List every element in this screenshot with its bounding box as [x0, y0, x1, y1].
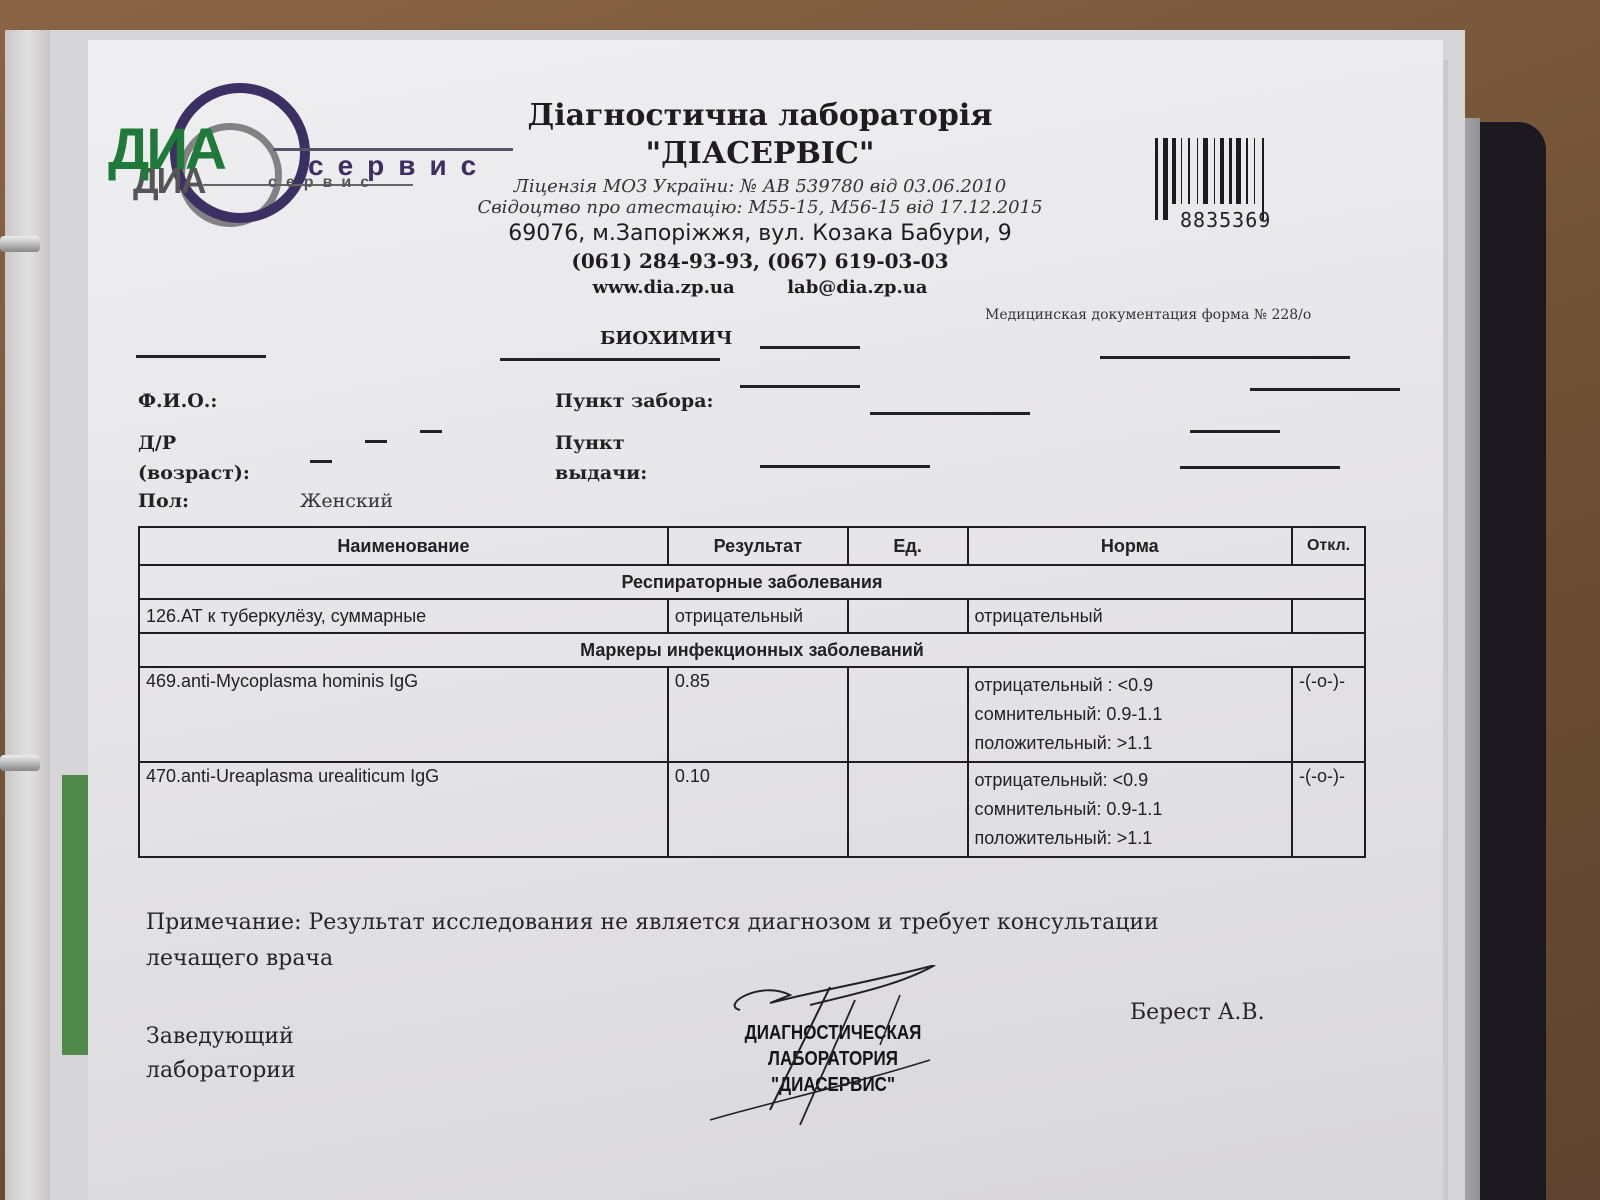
collection-point-label: Пункт забора: — [555, 390, 714, 412]
sex-value: Женский — [300, 490, 393, 512]
table-row: 126.АТ к туберкулёзу, суммарные отрицате… — [139, 599, 1365, 633]
test-name: 469.anti-Mycoplasma hominis IgG — [139, 667, 668, 762]
redaction-mark — [136, 355, 266, 358]
contact-line: www.dia.zp.ua lab@dia.zp.ua — [460, 277, 1060, 298]
redaction-mark — [500, 358, 720, 361]
redaction-mark — [760, 465, 930, 468]
group-title: Респираторные заболевания — [139, 565, 1365, 599]
age-label: (возраст): — [138, 462, 250, 484]
norm-doubtful: сомнительный: 0.9-1.1 — [975, 700, 1285, 729]
email-link[interactable]: lab@dia.zp.ua — [787, 277, 927, 298]
redaction-mark — [365, 440, 387, 443]
test-name: 470.anti-Ureaplasma urealiticum IgG — [139, 762, 668, 857]
redaction-mark — [1250, 388, 1400, 391]
logo-wordmark: ДИА — [108, 116, 224, 183]
table-row: 470.anti-Ureaplasma urealiticum IgG 0.10… — [139, 762, 1365, 857]
redaction-mark — [870, 412, 1030, 415]
document: ДИА ДИА сервис сервис Діагностична лабор… — [0, 0, 1600, 1200]
license-line: Ліцензія МОЗ України: № АВ 539780 від 03… — [460, 176, 1060, 197]
test-deviation: -(-о-)- — [1292, 667, 1365, 762]
group-row: Респираторные заболевания — [139, 565, 1365, 599]
dob-label: Д/Р — [138, 432, 176, 454]
test-name: 126.АТ к туберкулёзу, суммарные — [139, 599, 668, 633]
norm-negative: отрицательный : <0.9 — [975, 671, 1285, 700]
col-header-unit: Ед. — [848, 527, 968, 565]
issue-point-label: Пункт — [555, 432, 625, 454]
redaction-mark — [740, 385, 860, 388]
form-number: Медицинская документация форма № 228/о — [985, 307, 1311, 323]
group-row: Маркеры инфекционных заболеваний — [139, 633, 1365, 667]
redaction-mark — [1180, 466, 1340, 469]
redaction-mark — [760, 346, 860, 349]
norm-positive: положительный: >1.1 — [975, 729, 1285, 758]
lab-name: "ДІАСЕРВІС" — [460, 136, 1060, 171]
signer-role-line1: Заведующий — [146, 1020, 296, 1054]
issue-point-label-2: выдачи: — [555, 462, 647, 484]
report-title: БИОХИМИЧ — [600, 328, 732, 349]
col-header-name: Наименование — [139, 527, 668, 565]
norm-positive: положительный: >1.1 — [975, 824, 1285, 853]
redaction-mark — [1100, 356, 1350, 359]
table-row: 469.anti-Mycoplasma hominis IgG 0.85 отр… — [139, 667, 1365, 762]
test-deviation — [1292, 599, 1365, 633]
results-table: Наименование Результат Ед. Норма Откл. Р… — [138, 526, 1366, 858]
test-norm: отрицательный — [968, 599, 1292, 633]
group-title: Маркеры инфекционных заболеваний — [139, 633, 1365, 667]
lab-title: Діагностична лабораторія — [460, 98, 1060, 133]
norm-doubtful: сомнительный: 0.9-1.1 — [975, 795, 1285, 824]
handwritten-signature — [700, 965, 960, 1135]
norm-negative: отрицательный: <0.9 — [975, 766, 1285, 795]
phone-line: (061) 284-93-93, (067) 619-03-03 — [460, 249, 1060, 273]
redaction-mark — [420, 430, 442, 433]
signer-name: Берест А.В. — [1130, 1000, 1265, 1025]
redaction-mark — [310, 460, 332, 463]
redaction-mark — [1190, 430, 1280, 433]
table-header-row: Наименование Результат Ед. Норма Откл. — [139, 527, 1365, 565]
test-unit — [848, 599, 968, 633]
test-unit — [848, 762, 968, 857]
test-norm: отрицательный: <0.9 сомнительный: 0.9-1.… — [968, 762, 1292, 857]
test-deviation: -(-о-)- — [1292, 762, 1365, 857]
barcode-number: 8835369 — [1180, 208, 1271, 232]
website-link[interactable]: www.dia.zp.ua — [593, 277, 735, 298]
test-unit — [848, 667, 968, 762]
col-header-norm: Норма — [968, 527, 1292, 565]
sex-label: Пол: — [138, 490, 189, 512]
test-result: отрицательный — [668, 599, 848, 633]
fio-label: Ф.И.О.: — [138, 390, 217, 412]
col-header-result: Результат — [668, 527, 848, 565]
test-result: 0.85 — [668, 667, 848, 762]
test-result: 0.10 — [668, 762, 848, 857]
address-line: 69076, м.Запоріжжя, вул. Козака Бабури, … — [460, 221, 1060, 246]
col-header-deviation: Откл. — [1292, 527, 1365, 565]
test-norm: отрицательный : <0.9 сомнительный: 0.9-1… — [968, 667, 1292, 762]
certificate-line: Свідоцтво про атестацію: М55-15, М56-15 … — [460, 197, 1060, 218]
signer-role-line2: лаборатории — [146, 1054, 296, 1088]
signer-role: Заведующий лаборатории — [146, 1020, 296, 1088]
